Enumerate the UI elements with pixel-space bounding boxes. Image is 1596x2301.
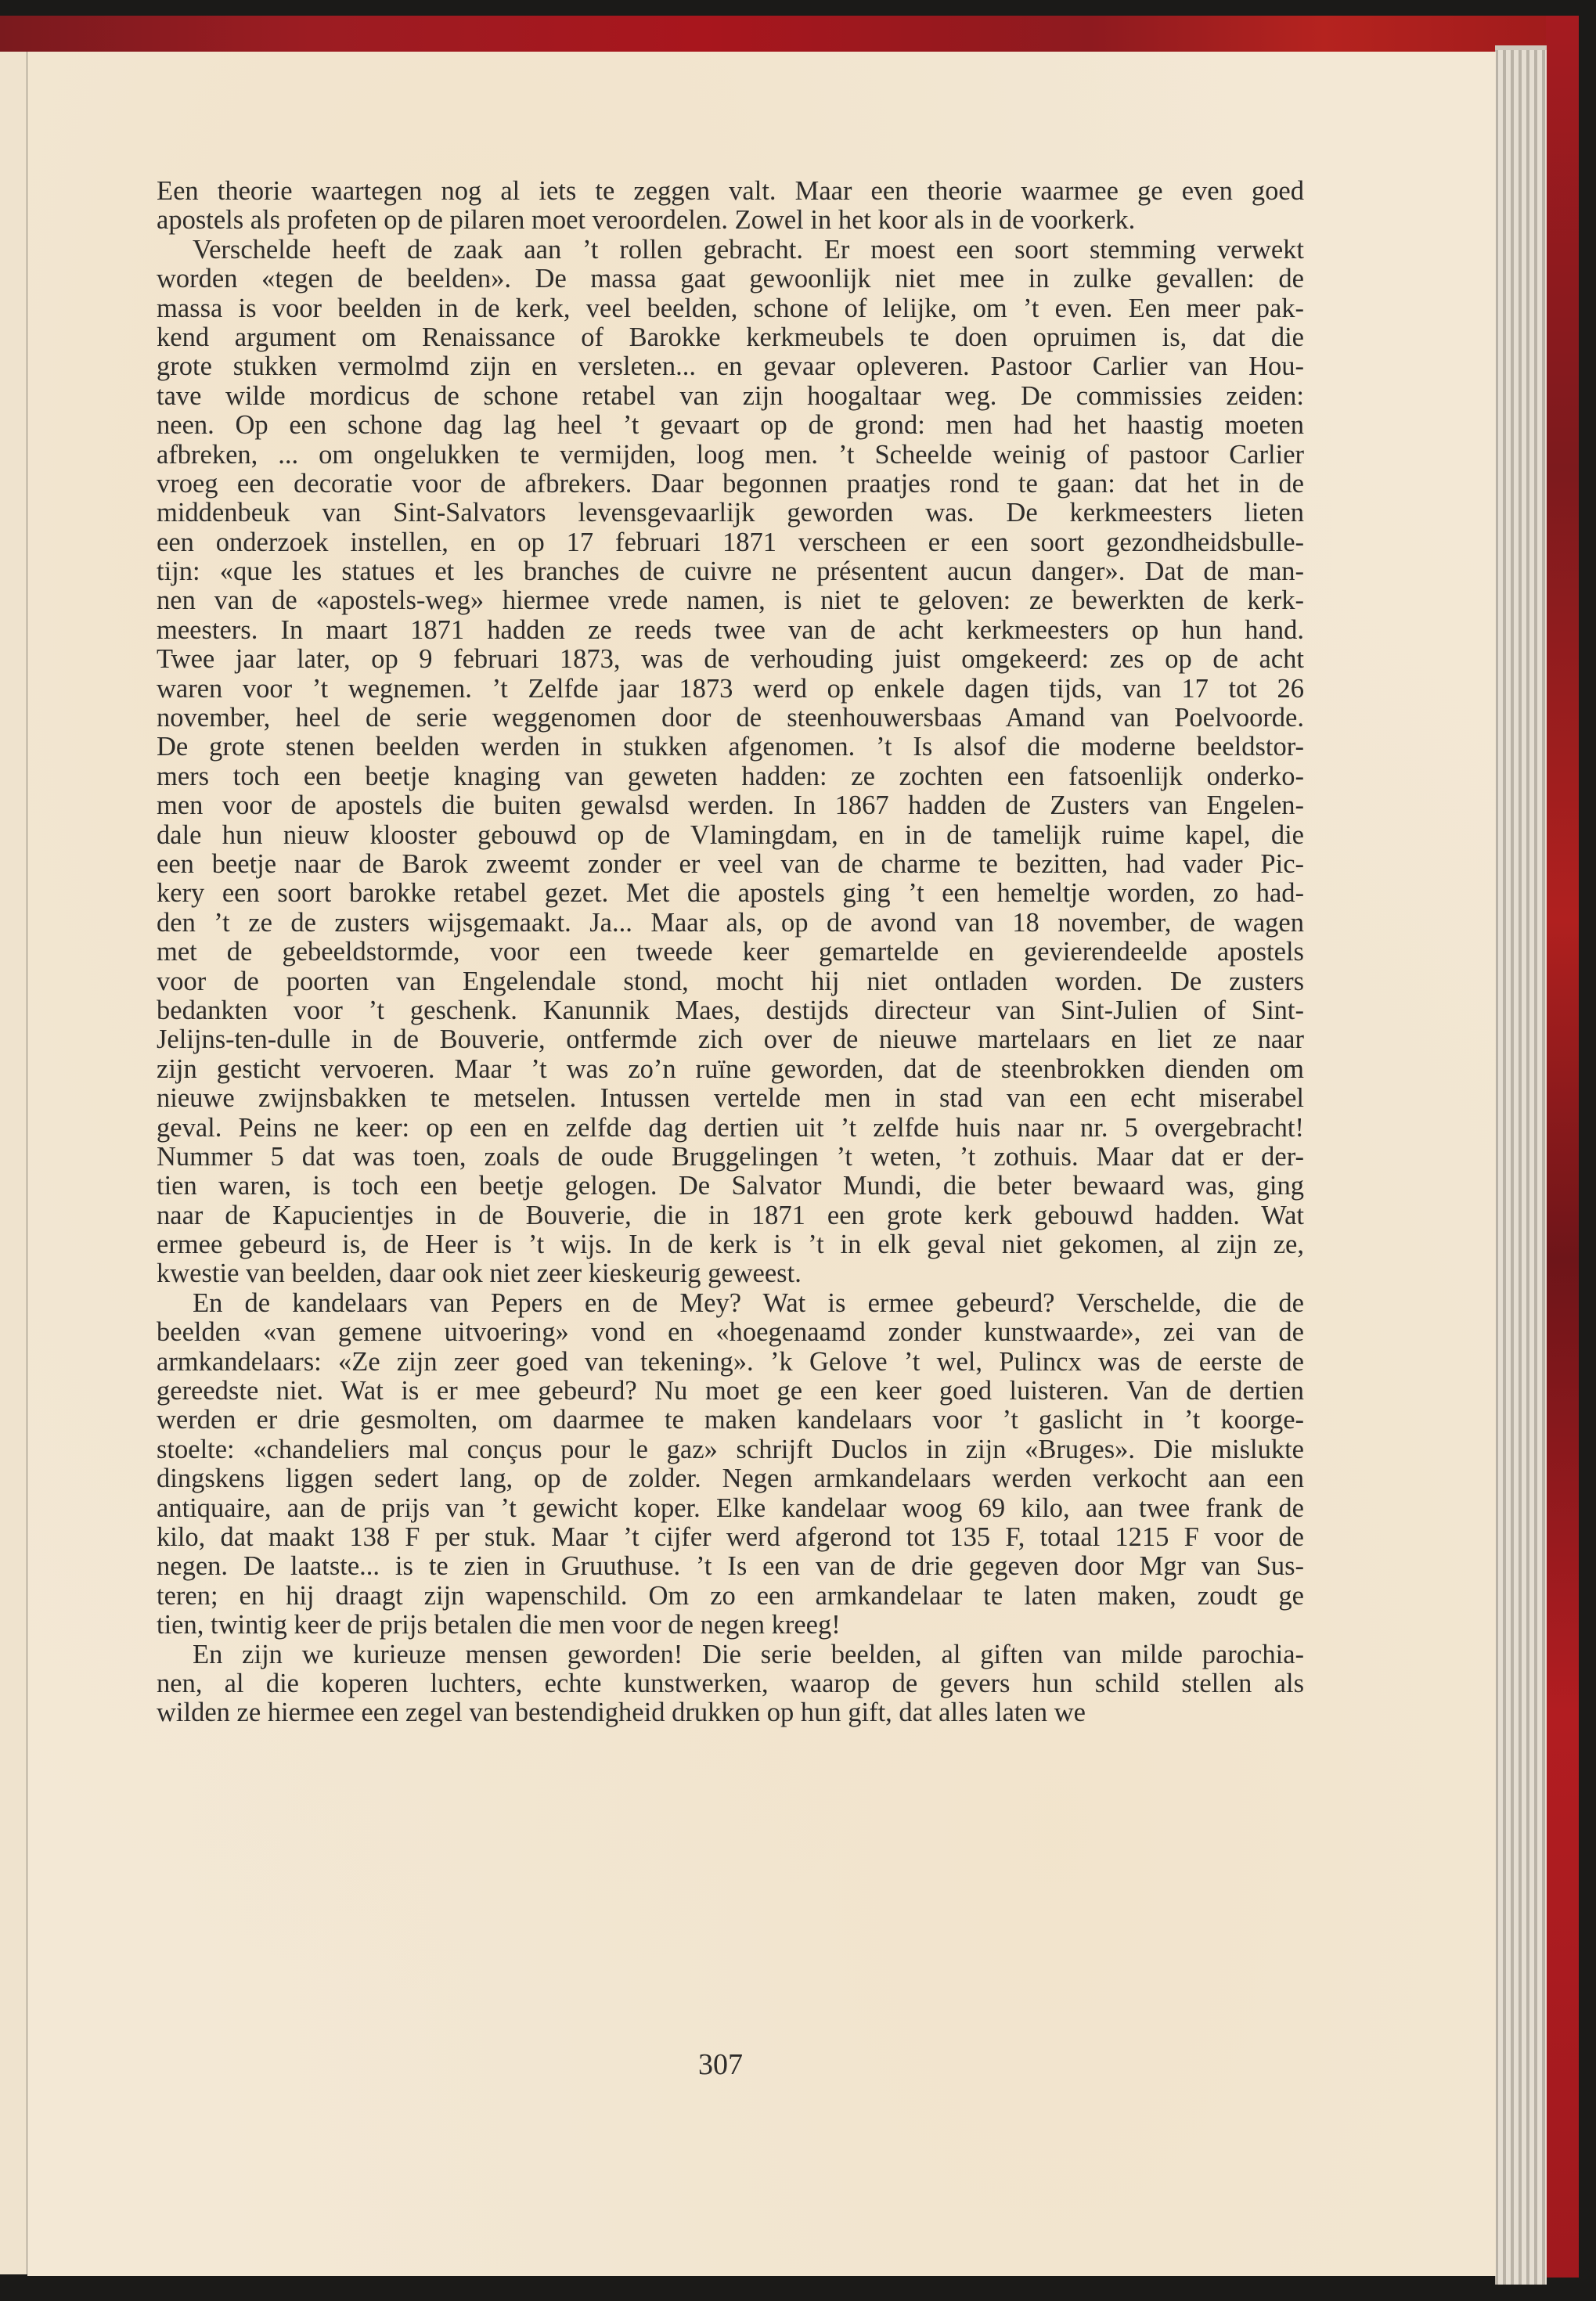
text-line: neen. Op een schone dag lag heel ’t geva…: [157, 411, 1304, 440]
text-line: negen. De laatste... is te zien in Gruut…: [157, 1552, 1304, 1581]
text-line: ermee gebeurd is, de Heer is ’t wijs. In…: [157, 1230, 1304, 1259]
text-line: middenbeuk van Sint-Salvators levensgeva…: [157, 499, 1304, 528]
text-line: dingskens liggen sedert lang, op de zold…: [157, 1464, 1304, 1493]
text-line: zijn gesticht vervoeren. Maar ’t was zo’…: [157, 1055, 1304, 1084]
text-line: bedankten voor ’t geschenk. Kanunnik Mae…: [157, 996, 1304, 1025]
book-cover-right-edge: [1546, 16, 1579, 2278]
text-line: werden er drie gesmolten, om daarmee te …: [157, 1406, 1304, 1435]
text-line: met de gebeeldstormde, voor een tweede k…: [157, 938, 1304, 967]
text-line: nen van de «apostels-weg» hiermee vrede …: [157, 586, 1304, 615]
paragraph: En zijn we kurieuze mensen geworden! Die…: [157, 1640, 1304, 1728]
text-line: apostels als profeten op de pilaren moet…: [157, 206, 1304, 235]
text-line: En de kandelaars van Pepers en de Mey? W…: [157, 1289, 1304, 1318]
text-line: stoelte: «chandeliers mal conçus pour le…: [157, 1435, 1304, 1464]
text-line: grote stukken vermolmd zijn en versleten…: [157, 352, 1304, 381]
text-line: nieuwe zwijnsbakken te metselen. Intusse…: [157, 1084, 1304, 1113]
text-line: teren; en hij draagt zijn wapenschild. O…: [157, 1582, 1304, 1611]
text-line: kery een soort barokke retabel gezet. Me…: [157, 879, 1304, 908]
facing-page-edge: [0, 52, 28, 2274]
text-line: Nummer 5 dat was toen, zoals de oude Bru…: [157, 1143, 1304, 1172]
paragraph: Een theorie waartegen nog al iets te zeg…: [157, 177, 1304, 236]
text-line: Verschelde heeft de zaak aan ’t rollen g…: [157, 236, 1304, 265]
text-line: massa is voor beelden in de kerk, veel b…: [157, 294, 1304, 323]
text-line: waren voor ’t wegnemen. ’t Zelfde jaar 1…: [157, 675, 1304, 704]
text-line: dale hun nieuw klooster gebouwd op de Vl…: [157, 821, 1304, 850]
text-line: worden «tegen de beelden». De massa gaat…: [157, 265, 1304, 293]
text-line: kilo, dat maakt 138 F per stuk. Maar ’t …: [157, 1523, 1304, 1552]
text-line: wilden ze hiermee een zegel van bestendi…: [157, 1698, 1304, 1727]
text-line: tien waren, is toch een beetje gelogen. …: [157, 1172, 1304, 1201]
text-line: Twee jaar later, op 9 februari 1873, was…: [157, 645, 1304, 674]
text-line: een beetje naar de Barok zweemt zonder e…: [157, 850, 1304, 879]
text-line: kend argument om Renaissance of Barokke …: [157, 323, 1304, 352]
book-page: Een theorie waartegen nog al iets te zeg…: [27, 52, 1496, 2276]
text-line: antiquaire, aan de prijs van ’t gewicht …: [157, 1494, 1304, 1523]
text-line: tijn: «que les statues et les branches d…: [157, 557, 1304, 586]
text-line: november, heel de serie weggenomen door …: [157, 704, 1304, 733]
paragraph: En de kandelaars van Pepers en de Mey? W…: [157, 1289, 1304, 1640]
body-text: Een theorie waartegen nog al iets te zeg…: [157, 177, 1304, 1728]
text-line: den ’t ze de zusters wijsgemaakt. Ja... …: [157, 909, 1304, 938]
text-line: Een theorie waartegen nog al iets te zeg…: [157, 177, 1304, 206]
text-line: naar de Kapucientjes in de Bouverie, die…: [157, 1201, 1304, 1230]
text-line: beelden «van gemene uitvoering» vond en …: [157, 1318, 1304, 1347]
text-line: armkandelaars: «Ze zijn zeer goed van te…: [157, 1348, 1304, 1377]
page-stack-edges: [1495, 45, 1547, 2285]
text-line: afbreken, ... om ongelukken te vermijden…: [157, 441, 1304, 470]
paragraph: Verschelde heeft de zaak aan ’t rollen g…: [157, 236, 1304, 1289]
text-line: voor de poorten van Engelendale stond, m…: [157, 967, 1304, 996]
text-line: De grote stenen beelden werden in stukke…: [157, 733, 1304, 762]
text-line: men voor de apostels die buiten gewalsd …: [157, 791, 1304, 820]
page-number: 307: [698, 2047, 743, 2082]
text-line: mers toch een beetje knaging van geweten…: [157, 762, 1304, 791]
text-line: een onderzoek instellen, en op 17 februa…: [157, 528, 1304, 557]
text-line: nen, al die koperen luchters, echte kuns…: [157, 1669, 1304, 1698]
text-line: Jelijns-ten-dulle in de Bouverie, ontfer…: [157, 1025, 1304, 1054]
text-line: tien, twintig keer de prijs betalen die …: [157, 1611, 1304, 1640]
text-line: geval. Peins ne keer: op een en zelfde d…: [157, 1114, 1304, 1143]
text-line: gereedste niet. Wat is er mee gebeurd? N…: [157, 1377, 1304, 1406]
book-cover-top-edge: [0, 16, 1558, 53]
text-line: tave wilde mordicus de schone retabel va…: [157, 382, 1304, 411]
text-line: En zijn we kurieuze mensen geworden! Die…: [157, 1640, 1304, 1669]
text-line: vroeg een decoratie voor de afbrekers. D…: [157, 470, 1304, 499]
text-line: meesters. In maart 1871 hadden ze reeds …: [157, 616, 1304, 645]
text-line: kwestie van beelden, daar ook niet zeer …: [157, 1259, 1304, 1288]
